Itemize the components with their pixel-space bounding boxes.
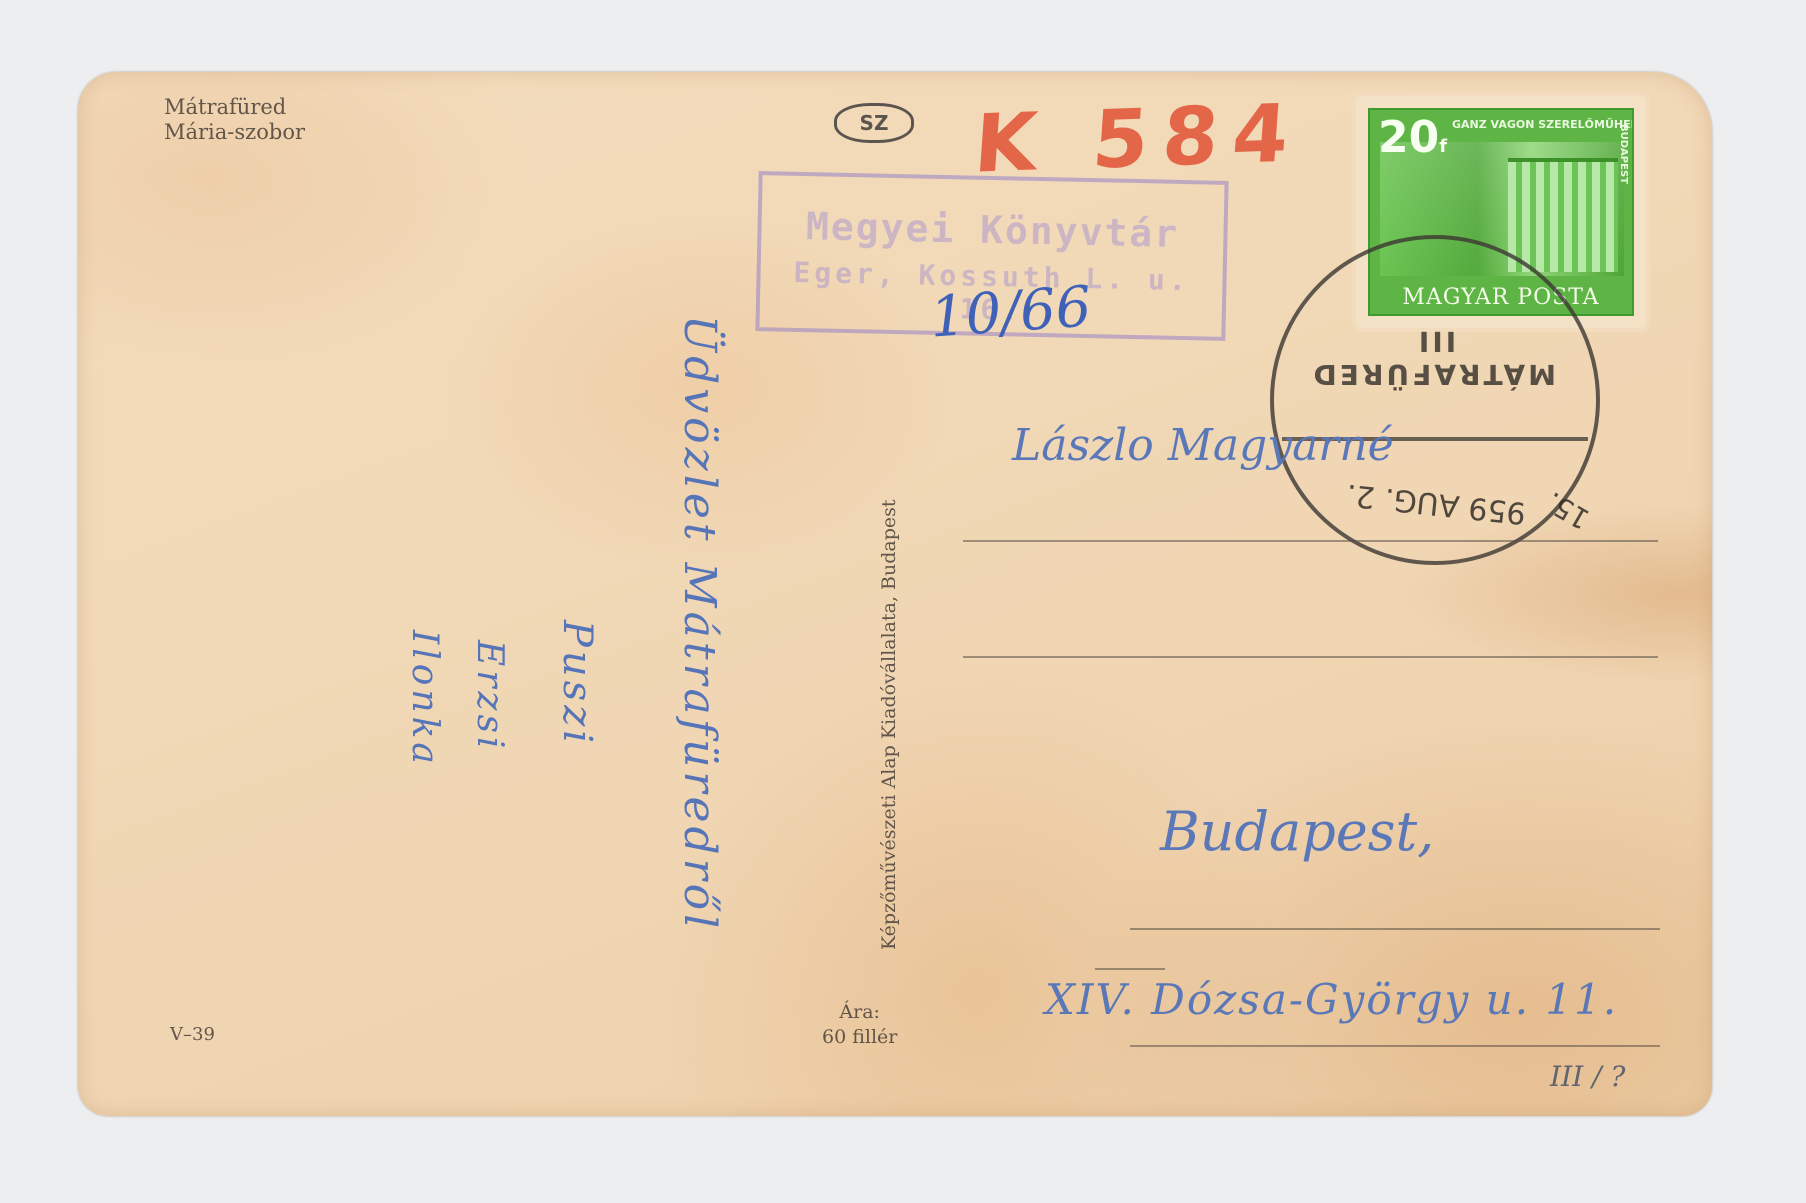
stamp-city: BUDAPEST [1618,124,1629,184]
price: Ára: 60 fillér [822,1000,897,1050]
price-value: 60 fillér [822,1025,897,1050]
pencil-note: III / ? [1550,1060,1625,1093]
message-line3: Erzsi [469,640,510,752]
place-title: Mátrafüred Mária-szobor [164,95,305,145]
address-line-1 [963,540,1658,542]
stamp-caption: GANZ VAGON SZERELŐMŰHELY [1452,118,1634,131]
message-line2: Puszi [554,620,600,747]
postmark-place: MÁTRAFÜRED III [1316,325,1556,391]
publisher-text: Képzőművészeti Alap Kiadóvállalata, Buda… [878,499,900,950]
publisher-logo-text: SZ [860,111,889,135]
building-icon [1508,158,1618,272]
place-title-line1: Mátrafüred [164,95,305,120]
message-line4: Ilonka [404,630,445,768]
recipient-name: Lászlo Magyarné [1012,420,1394,471]
red-catalog-mark: K 584 [971,86,1305,190]
recipient-city: Budapest, [1160,800,1434,863]
address-line-4 [1130,1045,1660,1047]
recipient-street: XIV. Dózsa-György u. 11. [1045,975,1618,1024]
message-line1: Üdvözlet Mátrafüredről [674,315,725,932]
publisher-logo: SZ [834,103,914,143]
series-code: V–39 [170,1024,215,1045]
address-line-3 [1130,928,1660,930]
library-stamp-line1: Megyei Könyvtár [761,203,1224,257]
blue-catalog-number: 10/66 [928,274,1094,350]
postmark-date: 959 AUG. 2. [1335,476,1538,532]
place-title-line2: Mária-szobor [164,120,305,145]
address-underline-short [1095,968,1165,970]
price-label: Ára: [822,1000,897,1025]
postmark: 15. 959 AUG. 2. MÁTRAFÜRED III [1270,235,1600,565]
address-line-2 [963,656,1658,658]
stamp-value: 20f [1378,112,1447,163]
